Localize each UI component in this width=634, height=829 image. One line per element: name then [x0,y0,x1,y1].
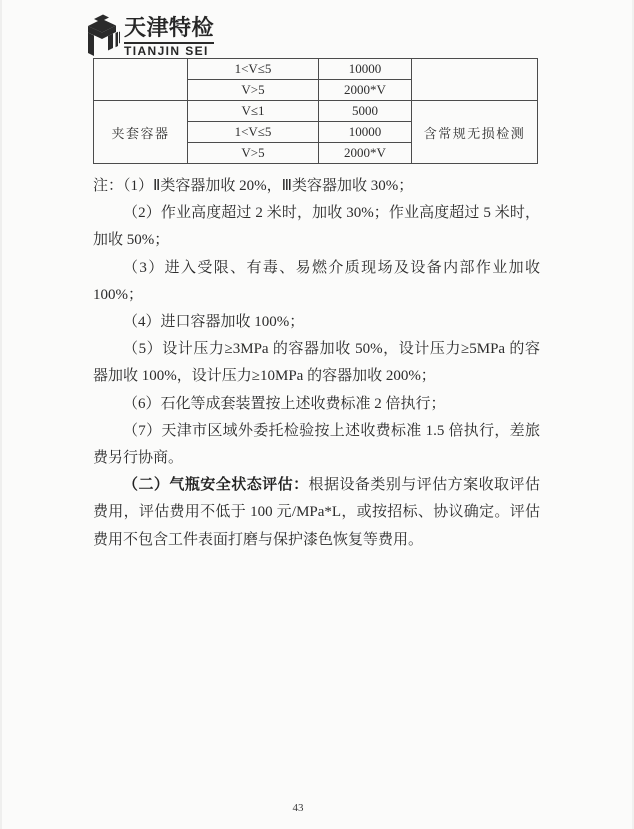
logo: 天津特检 TIANJIN SEI [86,13,214,59]
section-2-heading: （二）气瓶安全状态评估： [123,477,309,493]
logo-title-chinese: 天津特检 [124,16,214,44]
logo-text: 天津特检 TIANJIN SEI [124,16,214,58]
document-page: 天津特检 TIANJIN SEI 1<V≤5 10000 V>5 2000*V … [0,0,634,829]
notes-label: 注： [93,178,123,194]
page-number: 43 [293,802,304,814]
section-2-cylinder-assessment: （二）气瓶安全状态评估：根据设备类别与评估方案收取评估费用，评估费用不低于 10… [93,472,540,554]
note-number: （6） [123,396,161,412]
cell-category-jacketed-vessel: 夹套容器 [94,101,188,164]
cell-note-carryover [412,59,538,101]
note-text: 天津市区域外委托检验按上述收费标准 1.5 倍执行，差旅费另行协商。 [93,423,540,466]
note-number: （5） [123,341,162,357]
notes-section: 注：（1）Ⅱ类容器加收 20%，Ⅲ类容器加收 30%； （2）作业高度超过 2 … [93,173,540,554]
note-number: （3） [123,260,165,276]
cell-volume-range: 1<V≤5 [188,59,319,80]
cell-fee: 5000 [319,101,412,122]
cell-fee: 10000 [319,59,412,80]
note-number: （7） [123,423,161,439]
cell-volume-range: V>5 [188,143,319,164]
page-footer: 43 [268,802,328,814]
cell-fee: 2000*V [319,80,412,101]
note-item-2: （2）作业高度超过 2 米时，加收 30%；作业高度超过 5 米时，加收 50%… [93,200,540,254]
cell-volume-range: 1<V≤5 [188,122,319,143]
section-2-title: 气瓶安全状态评估： [169,477,308,493]
isometric-cubes-logo-icon [86,13,120,59]
note-number: （2） [123,205,161,221]
note-number: （1） [123,178,153,194]
logo-title-english: TIANJIN SEI [124,45,214,58]
note-text: 进口容器加收 100%； [161,314,305,330]
note-text: 石化等成套装置按上述收费标准 2 倍执行； [161,396,446,412]
note-item-3: （3）进入受限、有毒、易燃介质现场及设备内部作业加收 100%； [93,255,540,309]
note-number: （4） [123,314,161,330]
note-text: 作业高度超过 2 米时，加收 30%；作业高度超过 5 米时，加收 50%； [93,205,540,248]
cell-volume-range: V≤1 [188,101,319,122]
cell-volume-range: V>5 [188,80,319,101]
section-2-number: （二） [123,477,169,493]
cell-fee: 2000*V [319,143,412,164]
note-item-5: （5）设计压力≥3MPa 的容器加收 50%，设计压力≥5MPa 的容器加收 1… [93,336,540,390]
cell-note-ndt-included: 含常规无损检测 [412,101,538,164]
note-item-1: 注：（1）Ⅱ类容器加收 20%，Ⅲ类容器加收 30%； [93,173,540,200]
note-item-4: （4）进口容器加收 100%； [93,309,540,336]
cell-category-carryover [94,59,188,101]
note-item-7: （7）天津市区域外委托检验按上述收费标准 1.5 倍执行，差旅费另行协商。 [93,418,540,472]
table-row: 1<V≤5 10000 [94,59,538,80]
note-item-6: （6）石化等成套装置按上述收费标准 2 倍执行； [93,391,540,418]
table-row: 夹套容器 V≤1 5000 含常规无损检测 [94,101,538,122]
fee-table: 1<V≤5 10000 V>5 2000*V 夹套容器 V≤1 5000 含常规… [93,58,538,164]
cell-fee: 10000 [319,122,412,143]
note-text: Ⅱ类容器加收 20%，Ⅲ类容器加收 30%； [153,178,413,194]
